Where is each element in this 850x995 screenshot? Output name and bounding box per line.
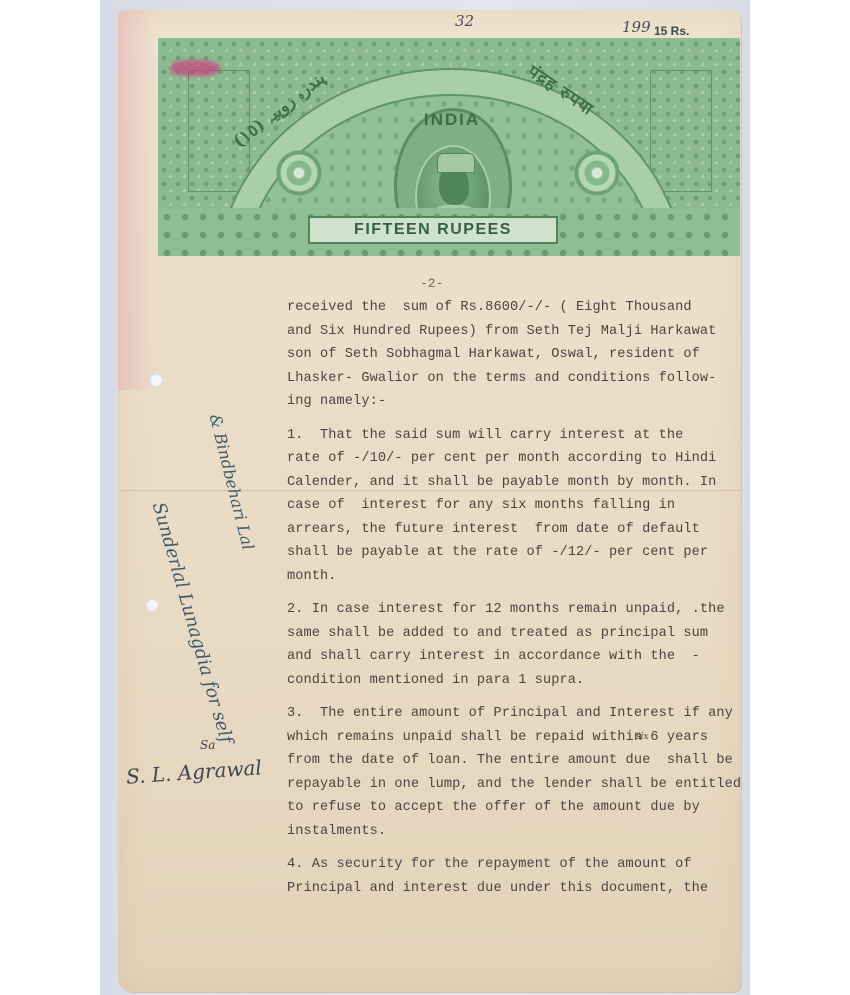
clause-4-line: 4. As security for the repayment of the … [287, 853, 747, 877]
intro-line: son of Seth Sobhagmal Harkawat, Oswal, r… [287, 343, 747, 367]
clause-2-line: same shall be added to and treated as pr… [287, 622, 747, 646]
clause-2-line: and shall carry interest in accordance w… [287, 645, 747, 669]
agreement-body: received the sum of Rs.8600/-/- ( Eight … [287, 296, 747, 900]
intro-line: received the sum of Rs.8600/-/- ( Eight … [287, 296, 747, 320]
clause-1-line: case of interest for any six months fall… [287, 494, 747, 518]
clause-3-line: to refuse to accept the offer of the amo… [287, 796, 747, 820]
intro-line: Lhasker- Gwalior on the terms and condit… [287, 367, 747, 391]
stamp-value-panel: FIFTEEN RUPEES [308, 216, 558, 244]
stamp-right-panel [650, 70, 712, 192]
signature-mark: Sa [200, 738, 215, 752]
clause-1-line: rate of -/10/- per cent per month accord… [287, 447, 747, 471]
clause-1-line: Calender, and it shall be payable month … [287, 471, 747, 495]
punch-hole-top [149, 373, 162, 386]
clause-1-line: arrears, the future interest from date o… [287, 518, 747, 542]
stamp-rosette-right [574, 150, 620, 196]
page-number: -2- [420, 276, 443, 291]
clause-3-line: 3. The entire amount of Principal and In… [287, 702, 747, 726]
stamp-rosette-left [276, 150, 322, 196]
clause-1-line: month. [287, 565, 747, 589]
clause-4-line: Principal and interest due under this do… [287, 877, 747, 901]
revenue-stamp: ﭘﻨﺪﺭﮦ ﺭﻭﭘﯿﮧ (١٥) पंद्रह रुपया INDIA FIFT… [158, 38, 740, 256]
clause-3-line: which remains unpaid shall be repaid wit… [287, 726, 747, 750]
intro-line: ing namely:- [287, 390, 747, 414]
clause-3-line: instalments. [287, 820, 747, 844]
handwritten-serial-number: 199 [622, 18, 651, 36]
clause-1-line: 1. That the said sum will carry interest… [287, 424, 747, 448]
clause-1-line: shall be payable at the rate of -/12/- p… [287, 541, 747, 565]
handwritten-top-note: 32 [455, 12, 474, 30]
clause-2-line: condition mentioned in para 1 supra. [287, 669, 747, 693]
intro-line: and Six Hundred Rupees) from Seth Tej Ma… [287, 320, 747, 344]
crown-icon [437, 153, 475, 173]
clause-2-line: 2. In case interest for 12 months remain… [287, 598, 747, 622]
punch-hole-bottom [145, 598, 158, 611]
pink-ink-smudge [170, 60, 220, 76]
handwritten-insert: six [636, 732, 649, 742]
clause-3-line: from the date of loan. The entire amount… [287, 749, 747, 773]
stamp-value-label: 15 Rs. [654, 24, 689, 38]
stamp-country-label: INDIA [398, 110, 506, 130]
clause-3-line: repayable in one lump, and the lender sh… [287, 773, 747, 797]
